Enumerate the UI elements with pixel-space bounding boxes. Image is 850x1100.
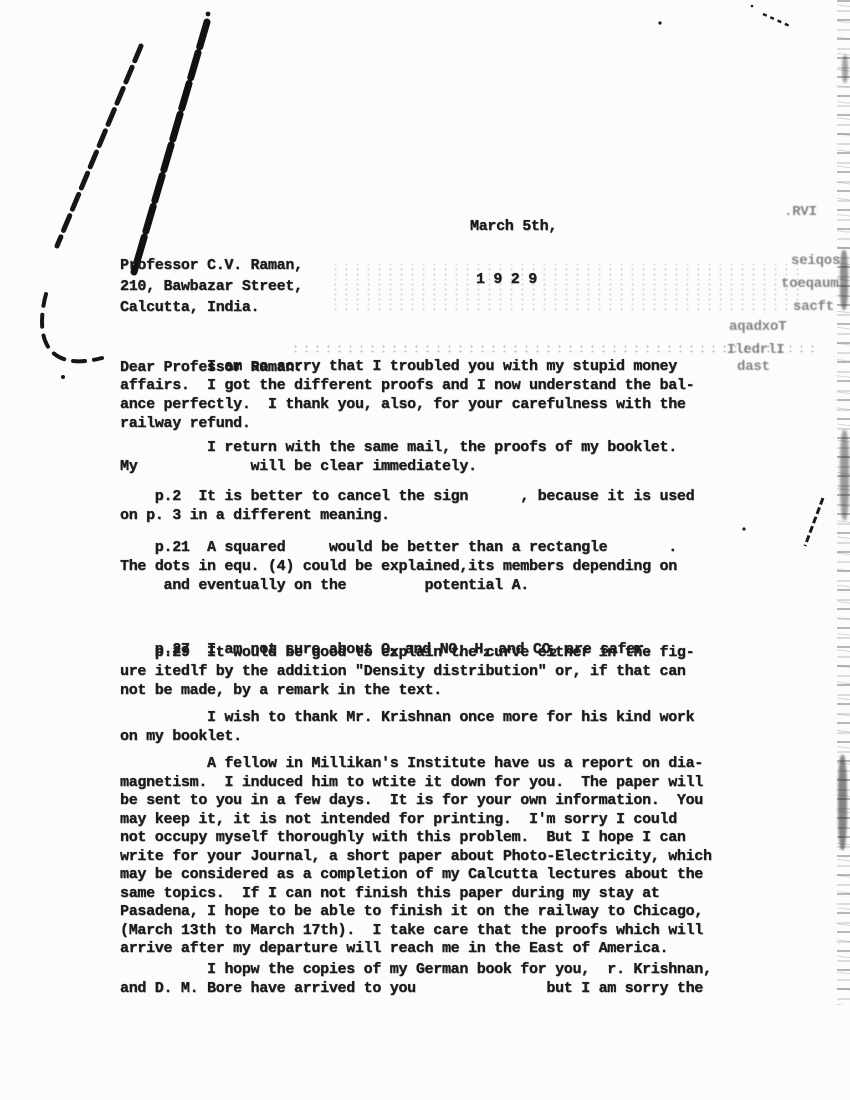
mirrored-bleedthrough-text: IledrlI (727, 342, 784, 358)
mirrored-bleedthrough-text: seiqos (791, 253, 840, 269)
film-edge-blob (840, 430, 849, 520)
paragraph-return-proofs: I return with the same mail, the proofs … (120, 438, 677, 476)
mirrored-bleedthrough-text: sacft (793, 299, 834, 315)
text-line: may be considered as a completion of my … (120, 866, 712, 885)
date-line: March 5th, (470, 217, 557, 236)
text-line: ure itedlf by the addition "Density dist… (120, 662, 694, 681)
text-line: A fellow in Millikan's Institute have us… (120, 755, 712, 774)
mirrored-bleedthrough-text: toeqaum (781, 276, 838, 292)
film-edge-blob (842, 55, 848, 83)
text-line: not occupy myself thoroughly with this p… (120, 829, 712, 848)
paragraph-diamagnetism-report: A fellow in Millikan's Institute have us… (120, 755, 712, 959)
text-line: My will be clear immediately. (120, 457, 677, 476)
paragraph-note-p2: p.2 It is better to cancel the sign , be… (120, 487, 694, 525)
text-line: not be made, by a remark in the text. (120, 681, 694, 700)
text-line: write for your Journal, a short paper ab… (120, 848, 712, 867)
paragraph-money-affairs: I am so sorry that I troubled you with m… (120, 357, 694, 433)
text-line: p.2 It is better to cancel the sign , be… (120, 487, 694, 506)
text-line: ance perfectly. I thank you, also, for y… (120, 395, 694, 414)
text-line: same topics. If I can not finish this pa… (120, 885, 712, 904)
year-line: 1 9 2 9 (470, 270, 557, 289)
text-line: p.29 It would be good to explain the cur… (120, 643, 694, 662)
text-line: I wish to thank Mr. Krishnan once more f… (120, 708, 694, 727)
text-line: on my booklet. (120, 727, 694, 746)
text-line: Calcutta, India. (120, 297, 303, 318)
recipient-address: Professor C.V. Raman,210, Bawbazar Stree… (120, 255, 303, 318)
paragraph-thanks-krishnan: I wish to thank Mr. Krishnan once more f… (120, 708, 694, 746)
film-edge-blob (838, 755, 847, 850)
date-block: March 5th, 1 9 2 9 (470, 183, 557, 323)
text-line: I hopw the copies of my German book for … (120, 960, 712, 979)
text-line: be sent to you in a few days. It is for … (120, 792, 712, 811)
text-line: and eventually on the potential A. (120, 576, 677, 595)
paragraph-note-p21: p.21 A squared would be better than a re… (120, 538, 677, 595)
scan-smudge (330, 262, 800, 314)
scanned-letter-page: March 5th, 1 9 2 9 .RVI Professor C.V. R… (0, 0, 850, 1100)
text-line: p.21 A squared would be better than a re… (120, 538, 677, 557)
paragraph-german-books: I hopw the copies of my German book for … (120, 960, 712, 998)
text-line: Pasadena, I hope to be able to finish it… (120, 903, 712, 922)
paragraph-note-p29: p.29 It would be good to explain the cur… (120, 643, 694, 700)
text-line: railway refund. (120, 414, 694, 433)
text-line: on p. 3 in a different meaning. (120, 506, 694, 525)
text-line: and D. M. Bore have arrived to you but I… (120, 979, 712, 998)
mirrored-bleedthrough-text: aqadxoT (729, 319, 786, 335)
text-line: (March 13th to March 17th). I take care … (120, 922, 712, 941)
mirrored-bleedthrough-text: dast (737, 359, 770, 375)
text-line: magnetism. I induced him to wtite it dow… (120, 774, 712, 793)
text-line: 210, Bawbazar Street, (120, 276, 303, 297)
text-line: The dots in equ. (4) could be explained,… (120, 557, 677, 576)
text-line: Professor C.V. Raman, (120, 255, 303, 276)
text-line: affairs. I got the different proofs and … (120, 376, 694, 395)
text-line: I am so sorry that I troubled you with m… (120, 357, 694, 376)
text-line: may keep it, it is not intended for prin… (120, 811, 712, 830)
stamp-fragment: .RVI (784, 204, 817, 220)
text-line: I return with the same mail, the proofs … (120, 438, 677, 457)
film-edge-blob (840, 250, 848, 310)
text-line: arrive after my departure will reach me … (120, 940, 712, 959)
